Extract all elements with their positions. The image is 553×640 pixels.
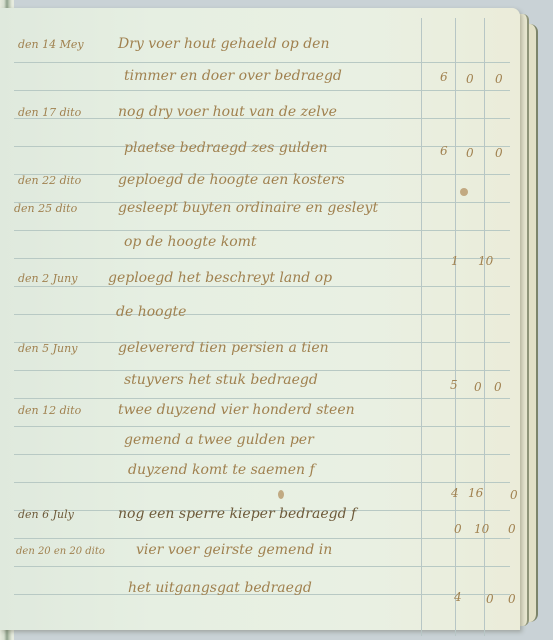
- entry-date: den 25 dito: [14, 202, 77, 215]
- amount-penningen: 0: [495, 146, 503, 160]
- ink-stain: [278, 490, 284, 499]
- entry-text: op de hoogte komt: [124, 234, 257, 250]
- ledger-page: den 14 Mey Dry voer hout gehaeld op den …: [0, 8, 520, 630]
- amount-gulden: 5: [450, 378, 458, 392]
- column-divider: [455, 18, 456, 636]
- entry-date: den 12 dito: [18, 404, 81, 417]
- entry-text: gemend a twee gulden per: [124, 432, 314, 448]
- amount-stuivers: 0: [466, 146, 474, 160]
- ruled-line: [14, 426, 510, 427]
- entry-date: den 5 Juny: [18, 342, 77, 355]
- amount-penningen: 0: [495, 72, 503, 86]
- amount-stuivers: 10: [478, 254, 493, 268]
- amount-penningen: 0: [510, 488, 518, 502]
- entry-text: gesleept buyten ordinaire en gesleyt: [118, 200, 378, 216]
- amount-stuivers: 0: [474, 380, 482, 394]
- amount-gulden: 4: [454, 590, 462, 604]
- entry-text: duyzend komt te saemen f: [128, 462, 315, 478]
- ruled-line: [14, 258, 510, 259]
- entry-text: plaetse bedraegd zes gulden: [124, 140, 328, 156]
- amount-gulden: 0: [454, 522, 462, 536]
- ruled-line: [14, 286, 510, 287]
- entry-date: den 14 Mey: [18, 38, 84, 51]
- ruled-line: [14, 62, 510, 63]
- entry-text: timmer en doer over bedraegd: [124, 68, 342, 84]
- entry-text: gelevererd tien persien a tien: [118, 340, 329, 356]
- ruled-line: [14, 90, 510, 91]
- entry-text: stuyvers het stuk bedraegd: [124, 372, 318, 388]
- entry-text: de hoogte: [116, 304, 186, 320]
- ink-stain: [460, 188, 468, 196]
- entry-text: geploegd het beschreyt land op: [108, 270, 332, 286]
- entry-text: twee duyzend vier honderd steen: [118, 402, 355, 418]
- entry-date: den 20 en 20 dito: [16, 546, 105, 557]
- amount-gulden: 1: [451, 254, 459, 268]
- entry-date: den 17 dito: [18, 106, 81, 119]
- ruled-line: [14, 398, 510, 399]
- ruled-line: [14, 370, 510, 371]
- column-divider: [484, 18, 485, 636]
- amount-stuivers: 10: [474, 522, 489, 536]
- ruled-line: [14, 314, 510, 315]
- entry-text: Dry voer hout gehaeld op den: [118, 36, 329, 52]
- entry-text: geploegd de hoogte aen kosters: [118, 172, 345, 188]
- amount-gulden: 6: [440, 144, 448, 158]
- ruled-line: [14, 538, 510, 539]
- entry-text: nog dry voer hout van de zelve: [118, 104, 337, 120]
- ruled-line: [14, 482, 510, 483]
- entry-date: den 2 Juny: [18, 272, 77, 285]
- amount-penningen: 0: [508, 522, 516, 536]
- ruled-line: [14, 566, 510, 567]
- entry-text: nog een sperre kieper bedraegd f: [118, 506, 356, 522]
- entry-date: den 22 dito: [18, 174, 81, 187]
- entry-text: het uitgangsgat bedraegd: [128, 580, 312, 596]
- column-divider: [421, 18, 422, 636]
- entry-text: vier voer geirste gemend in: [136, 542, 332, 558]
- ruled-line: [14, 454, 510, 455]
- amount-penningen: 0: [494, 380, 502, 394]
- amount-stuivers: 0: [486, 592, 494, 606]
- entry-date: den 6 July: [18, 508, 74, 521]
- ruled-line: [14, 230, 510, 231]
- amount-stuivers: 16: [468, 486, 483, 500]
- amount-gulden: 6: [440, 70, 448, 84]
- amount-penningen: 0: [508, 592, 516, 606]
- amount-stuivers: 0: [466, 72, 474, 86]
- amount-gulden: 4: [451, 486, 459, 500]
